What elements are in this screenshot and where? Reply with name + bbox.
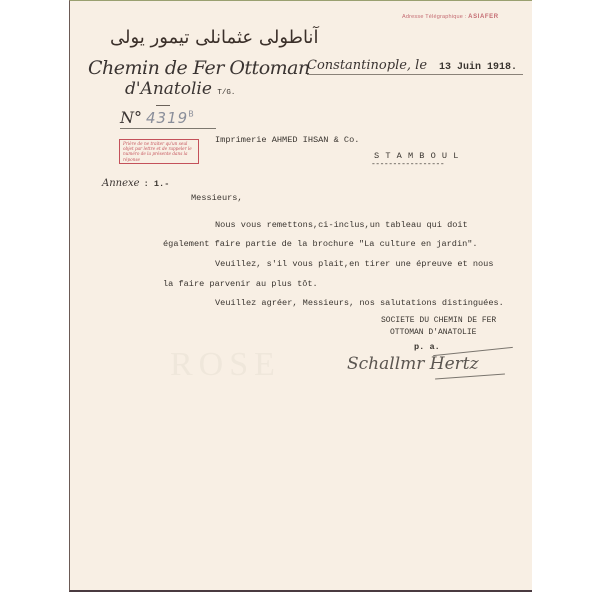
body-line-1: Nous vous remettons,ci-inclus,un tableau… <box>215 220 468 230</box>
letter-date: 13 Juin 1918. <box>439 62 517 73</box>
number-label: N° <box>120 108 142 127</box>
reference-number: N° 4319B <box>120 108 216 129</box>
telegraphic-code: ASIAFER <box>468 14 499 20</box>
closing-company-line2: OTTOMAN D'ANATOLIE <box>390 328 476 337</box>
annexe-label: Annexe <box>102 178 140 189</box>
signature: Schallmr Hertz <box>347 354 479 374</box>
body-line-3: Veuillez, s'il vous plait,en tirer une é… <box>215 259 493 269</box>
place-label: Constantinople, le <box>307 58 427 73</box>
recipient-name: Imprimerie AHMED IHSAN & Co. <box>215 135 359 145</box>
dateline: Constantinople, le 13 Juin 1918. <box>307 56 523 75</box>
arabic-company-title: آناطولی عثمانلی تیمور یولی <box>110 27 318 48</box>
annexe-value: : 1.- <box>144 179 170 189</box>
recipient-city-underline: ----------------- <box>371 160 444 169</box>
company-name-anatolie: d'Anatolie <box>125 79 212 99</box>
instruction-stamp: Prière de ne traiter qu'un seul objet pa… <box>119 139 199 164</box>
number-suffix: B <box>188 110 194 119</box>
closing-company-line1: SOCIETE DU CHEMIN DE FER <box>381 316 496 325</box>
ornament-divider <box>156 105 170 106</box>
salutation: Messieurs, <box>191 193 243 203</box>
body-line-4: la faire parvenir au plus tôt. <box>163 279 318 289</box>
company-name-line1: Chemin de Fer Ottoman <box>88 57 310 79</box>
telegraphic-label: Adresse Télégraphique : <box>402 14 466 20</box>
department-code: T/G. <box>217 89 235 97</box>
number-value: 4319 <box>146 109 188 127</box>
company-name-line2: d'Anatolie T/G. <box>125 79 235 99</box>
telegraphic-address: Adresse Télégraphique : ASIAFER <box>402 14 499 20</box>
annexe-line: Annexe : 1.- <box>102 173 169 191</box>
per-procurationem: p. a. <box>414 342 440 352</box>
body-line-2: également faire partie de la brochure "L… <box>163 239 478 249</box>
letter-page: Adresse Télégraphique : ASIAFER آناطولی … <box>69 0 532 592</box>
paper-watermark: ROSE <box>170 346 281 384</box>
body-line-5: Veuillez agréer, Messieurs, nos salutati… <box>215 298 504 308</box>
signature-underline <box>435 374 505 380</box>
